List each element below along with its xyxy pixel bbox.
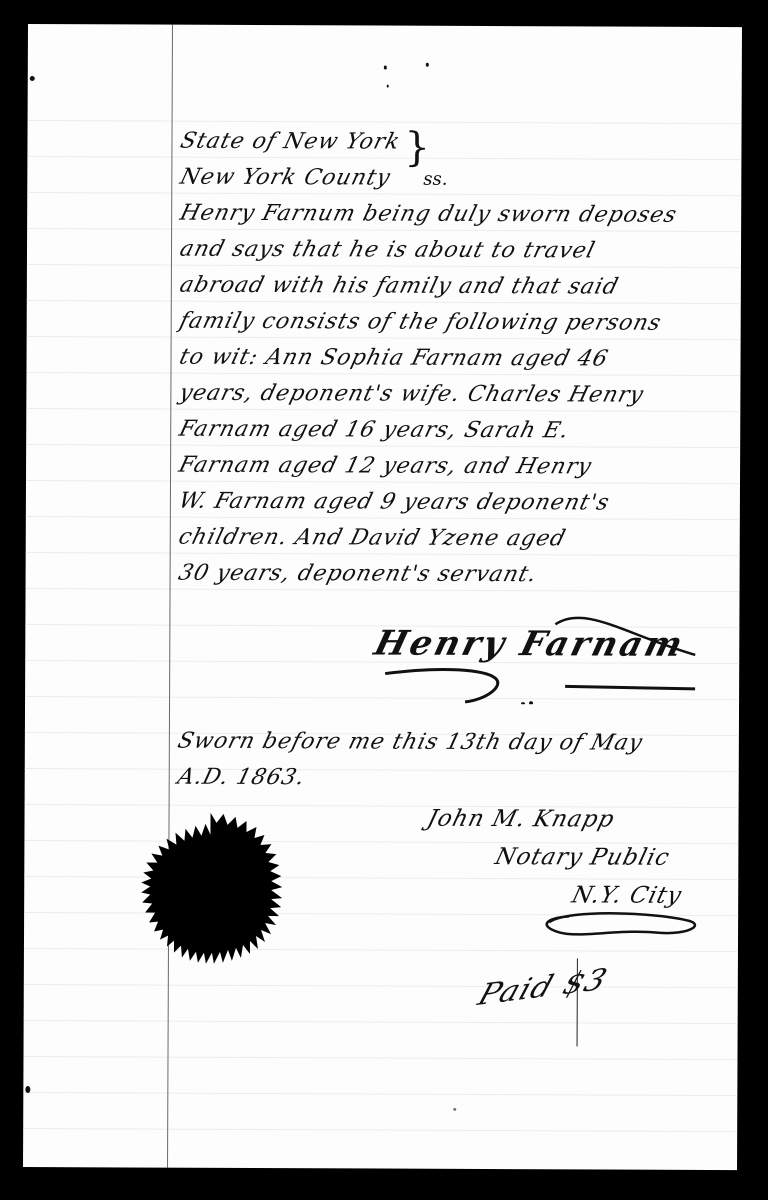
- body-line: Henry Farnum being duly sworn deposes: [177, 201, 680, 229]
- jurat-line: A.D. 1863.: [175, 765, 308, 792]
- ruled-line: [24, 984, 738, 988]
- ink-speck: [387, 85, 389, 88]
- body-line: family consists of the following persons: [177, 309, 665, 337]
- ruled-line: [23, 1056, 737, 1060]
- ruled-line: [23, 1092, 737, 1096]
- ruled-line: [25, 768, 739, 772]
- margin-rule: [167, 25, 173, 1168]
- jurat-line: Sworn before me this 13th day of May: [175, 729, 646, 757]
- ruled-line: [26, 444, 740, 448]
- heading-venue-abbrev: ss.: [423, 169, 447, 190]
- ruled-line: [24, 1020, 738, 1024]
- ink-speck: [384, 66, 387, 70]
- notary-name: John M. Knapp: [424, 806, 617, 833]
- ruled-line: [27, 300, 741, 304]
- notary-title: Notary Public: [492, 844, 672, 871]
- ruled-line: [27, 264, 741, 268]
- body-line: Farnam aged 12 years, and Henry: [176, 453, 594, 481]
- starburst-seal-icon: [120, 804, 301, 985]
- heading-brace: }: [404, 128, 430, 168]
- ruled-line: [23, 1128, 737, 1132]
- paid-note: Paid $3: [474, 962, 612, 1013]
- body-line: children. And David Yzene aged: [176, 525, 569, 553]
- body-line: abroad with his family and that said: [177, 273, 622, 301]
- body-line: 30 years, deponent's servant.: [176, 561, 540, 589]
- heading-county: New York County: [177, 165, 393, 192]
- ruled-line: [26, 552, 740, 556]
- ink-speck: [25, 1086, 30, 1093]
- deponent-signature: Henry Farnam: [370, 624, 689, 665]
- ruled-line: [26, 588, 740, 592]
- body-line: Farnam aged 16 years, Sarah E.: [176, 417, 572, 445]
- body-line: to wit: Ann Sophia Farnam aged 46: [176, 345, 611, 373]
- ruled-line: [27, 192, 741, 196]
- ruled-line: [28, 120, 742, 124]
- ruled-line: [27, 156, 741, 160]
- ruled-line: [26, 480, 740, 484]
- heading-state: State of New York: [177, 129, 403, 156]
- notary-flourish-icon: [539, 904, 709, 945]
- ruled-line: [26, 372, 740, 376]
- body-line: W. Farnam aged 9 years deponent's: [176, 489, 613, 517]
- ink-speck: [426, 63, 429, 67]
- body-line: and says that he is about to travel: [177, 237, 598, 265]
- document-page: State of New York New York County } ss. …: [23, 24, 742, 1170]
- ruled-line: [26, 516, 740, 520]
- ink-speck: [453, 1108, 456, 1111]
- body-line: years, deponent's wife. Charles Henry: [176, 381, 646, 409]
- ink-speck: [30, 76, 35, 81]
